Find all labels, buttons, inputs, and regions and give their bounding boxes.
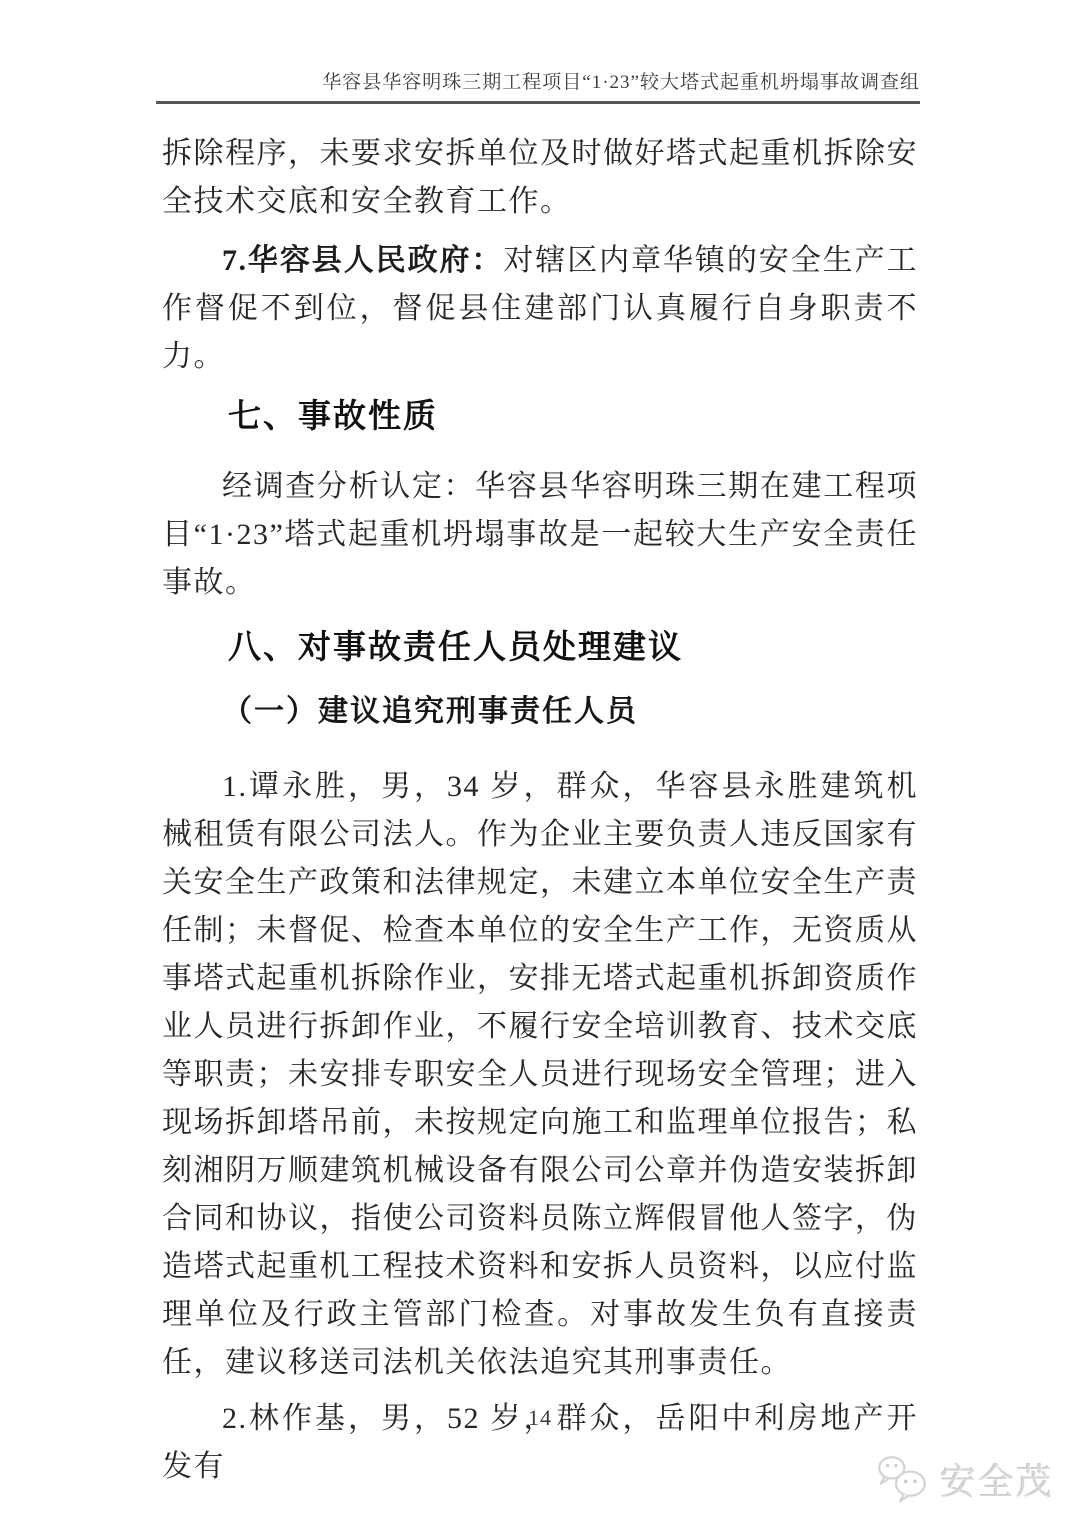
section-heading-8: 八、对事故责任人员处理建议 <box>162 624 918 670</box>
item7-lead: 7.华容县人民政府： <box>222 244 503 277</box>
paragraph-accident-nature: 经调查分析认定：华容县华容明珠三期在建工程项目“1·23”塔式起重机坍塌事故是一… <box>162 463 918 607</box>
page-number: 14 <box>0 1405 1080 1431</box>
document-page: 华容县华容明珠三期工程项目“1·23”较大塔式起重机坍塌事故调查组 拆除程序，未… <box>0 0 1080 1527</box>
paragraph-person1: 1.谭永胜，男，34 岁，群众，华容县永胜建筑机械租赁有限公司法人。作为企业主要… <box>162 763 918 1387</box>
page-header: 华容县华容明珠三期工程项目“1·23”较大塔式起重机坍塌事故调查组 <box>156 0 920 96</box>
header-rule <box>156 101 920 104</box>
wechat-chat-bubbles-icon <box>872 1453 932 1505</box>
header-title: 华容县华容明珠三期工程项目“1·23”较大塔式起重机坍塌事故调查组 <box>322 72 920 93</box>
paragraph-item7: 7.华容县人民政府：对辖区内章华镇的安全生产工作督促不到位，督促县住建部门认真履… <box>162 237 918 381</box>
watermark: 安全茂 <box>872 1453 1054 1505</box>
section-heading-7: 七、事故性质 <box>162 393 918 439</box>
subsection-heading-1: （一）建议追究刑事责任人员 <box>162 688 918 736</box>
document-body: 拆除程序，未要求安拆单位及时做好塔式起重机拆除安全技术交底和安全教育工作。 7.… <box>162 130 918 1491</box>
paragraph-continuation: 拆除程序，未要求安拆单位及时做好塔式起重机拆除安全技术交底和安全教育工作。 <box>162 130 918 226</box>
watermark-label: 安全茂 <box>940 1454 1054 1505</box>
